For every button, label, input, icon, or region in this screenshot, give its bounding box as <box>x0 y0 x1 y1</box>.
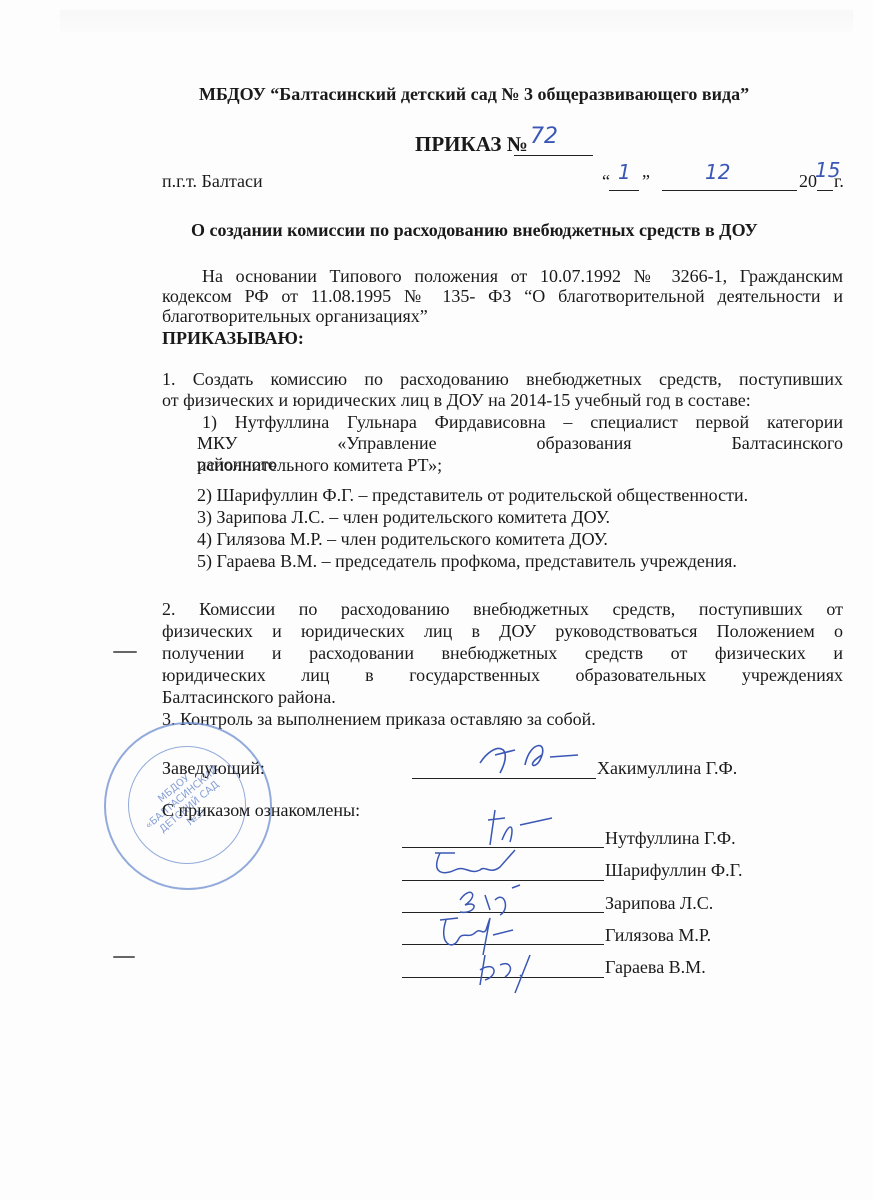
item2-line: юридических лиц в государственных образо… <box>162 665 843 686</box>
member-5: 5) Гараева В.М. – председатель профкома,… <box>197 551 737 571</box>
date-open-quote: “ <box>602 171 610 191</box>
order-number-line <box>514 155 593 156</box>
organization-name: МБДОУ “Балтасинский детский сад № 3 обще… <box>199 84 749 104</box>
signature-5 <box>470 945 550 995</box>
scan-mark <box>113 651 137 653</box>
signature-2 <box>425 845 525 885</box>
head-name: Хакимуллина Г.Ф. <box>597 758 737 778</box>
acquainted-label: С приказом ознакомлены: <box>162 800 360 820</box>
date-year-end: г. <box>834 171 844 191</box>
acquainted-name: Нутфуллина Г.Ф. <box>605 828 736 848</box>
item3: 3. Контроль за выполнением приказа остав… <box>162 709 596 729</box>
item2-line: Балтасинского района. <box>162 687 843 708</box>
date-day-line <box>609 190 639 191</box>
acquainted-name: Гилязова М.Р. <box>605 925 711 945</box>
acquainted-name: Шарифуллин Ф.Г. <box>605 860 743 880</box>
order-word: ПРИКАЗЫВАЮ: <box>162 328 304 348</box>
acquainted-name: Зарипова Л.С. <box>605 893 713 913</box>
item2-line: получении и расходовании внебюджетных ср… <box>162 643 843 664</box>
date-month: 12 <box>705 160 730 184</box>
member-1-line: исполнительного комитета РТ»; <box>197 455 843 476</box>
preamble-line: На основании Типового положения от 10.07… <box>202 266 843 287</box>
order-number: 72 <box>530 124 558 149</box>
document-title: О создании комиссии по расходованию внеб… <box>191 220 758 240</box>
head-signature <box>470 735 580 780</box>
preamble-line: кодексом РФ от 11.08.1995 № 135- ФЗ “О б… <box>162 286 843 307</box>
member-1-line: 1) Нутфуллина Гульнара Фирдависовна – сп… <box>202 412 843 433</box>
item1-line: от физических и юридических лиц в ДОУ на… <box>162 390 843 411</box>
item2-line: 2. Комиссии по расходованию внебюджетных… <box>162 599 843 620</box>
scan-mark <box>113 956 135 958</box>
date-day: 1 <box>618 160 631 184</box>
date-year-line <box>817 190 833 191</box>
acquainted-name: Гараева В.М. <box>605 957 706 977</box>
order-label: ПРИКАЗ № <box>415 134 528 154</box>
preamble-line: благотворительных организациях” <box>162 306 843 327</box>
member-3: 3) Зарипова Л.С. – член родительского ко… <box>197 507 610 527</box>
member-4: 4) Гилязова М.Р. – член родительского ко… <box>197 529 608 549</box>
head-label: Заведующий: <box>162 758 265 778</box>
item1-line: 1. Создать комиссию по расходованию внеб… <box>162 369 843 390</box>
date-close-quote: ” <box>642 171 650 191</box>
item2-line: физических и юридических лиц в ДОУ руков… <box>162 621 843 642</box>
date-month-line <box>662 190 797 191</box>
scan-artifact <box>60 10 853 32</box>
place: п.г.т. Балтаси <box>162 171 263 191</box>
signature-1 <box>480 800 560 850</box>
member-2: 2) Шарифуллин Ф.Г. – представитель от ро… <box>197 485 748 505</box>
